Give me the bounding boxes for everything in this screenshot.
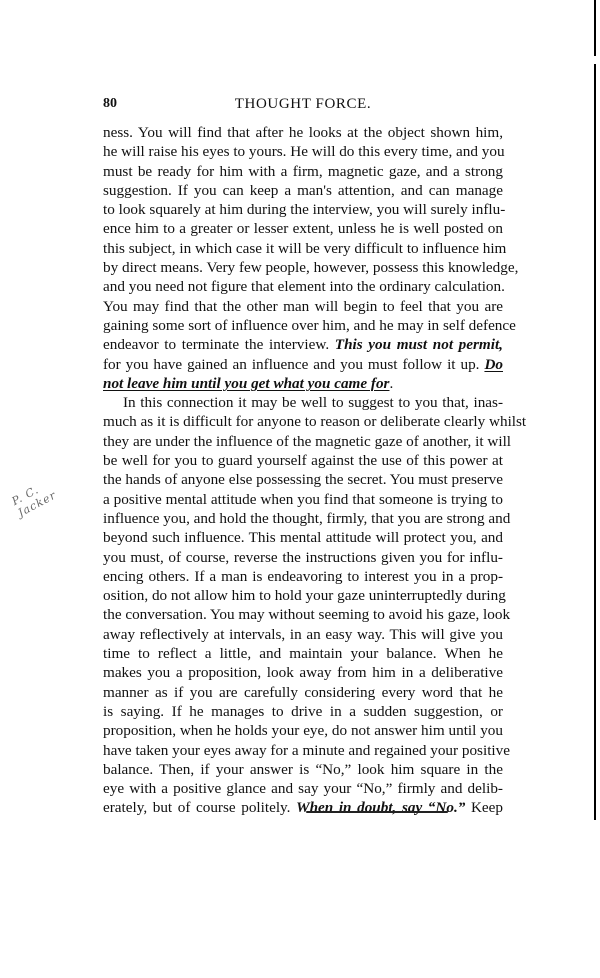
text-segment: beyond such influence. This mental attit…: [103, 529, 503, 546]
text-segment: to look squarely at him during the inter…: [103, 201, 505, 218]
text-segment: have taken your eyes away for a minute a…: [103, 742, 510, 759]
text-line: much as it is difficult for anyone to re…: [103, 412, 503, 431]
text-segment: by direct means. Very few people, howeve…: [103, 259, 518, 276]
text-line: beyond such influence. This mental attit…: [103, 528, 503, 547]
text-line: osition, do not allow him to hold your g…: [103, 586, 503, 605]
emphasized-text: This you must not permit,: [335, 336, 503, 353]
text-line: manner as if you are carefully consideri…: [103, 683, 503, 702]
text-line: be well for you to guard yourself agains…: [103, 451, 503, 470]
text-segment: the conversation. You may without seemin…: [103, 606, 510, 623]
text-segment: In this connection it may be well to sug…: [123, 394, 503, 411]
text-segment: Keep: [465, 799, 503, 816]
text-line: by direct means. Very few people, howeve…: [103, 258, 503, 277]
text-segment: endeavor to terminate the interview.: [103, 336, 335, 353]
body-text: ness. You will find that after he looks …: [103, 123, 503, 818]
text-line: the conversation. You may without seemin…: [103, 605, 503, 624]
text-segment: ence him to a greater or lesser extent, …: [103, 220, 503, 237]
text-segment: and you need not figure that element int…: [103, 278, 505, 295]
emphasized-text: not leave him until you get what you cam…: [103, 375, 389, 392]
text-line: they are under the influence of the magn…: [103, 432, 503, 451]
text-line: In this connection it may be well to sug…: [103, 393, 503, 412]
text-line: is saying. If he manages to drive in a s…: [103, 702, 503, 721]
text-segment: they are under the influence of the magn…: [103, 433, 511, 450]
text-segment: for you have gained an influence and you…: [103, 356, 484, 373]
text-segment: erately, but of course politely.: [103, 799, 296, 816]
handwritten-margin-note: P. C. Jacker: [10, 464, 89, 529]
text-line: time to reflect a little, and maintain y…: [103, 644, 503, 663]
page-edge-line: [594, 0, 596, 820]
text-line: a positive mental attitude when you find…: [103, 490, 503, 509]
text-segment: this subject, in which case it will be v…: [103, 240, 506, 257]
text-line: not leave him until you get what you cam…: [103, 374, 503, 393]
text-line: you must, of course, reverse the instruc…: [103, 548, 503, 567]
text-line: and you need not figure that element int…: [103, 277, 503, 296]
text-segment: osition, do not allow him to hold your g…: [103, 587, 506, 604]
text-segment: influence you, and hold the thought, fir…: [103, 510, 510, 527]
text-line: to look squarely at him during the inter…: [103, 200, 503, 219]
text-segment: away reflectively at intervals, in an ea…: [103, 626, 503, 643]
text-line: for you have gained an influence and you…: [103, 355, 503, 374]
text-segment: gaining some sort of influence over him,…: [103, 317, 516, 334]
page-edge-gap: [594, 56, 597, 64]
text-segment: must be ready for him with a firm, magne…: [103, 163, 503, 180]
text-segment: eye with a positive glance and say your …: [103, 780, 503, 797]
text-segment: manner as if you are carefully consideri…: [103, 684, 503, 701]
text-segment: a positive mental attitude when you find…: [103, 491, 503, 508]
text-segment: makes you a proposition, look away from …: [103, 664, 503, 681]
text-segment: the hands of anyone else possessing the …: [103, 471, 503, 488]
text-line: encing others. If a man is endeavoring t…: [103, 567, 503, 586]
text-segment: much as it is difficult for anyone to re…: [103, 413, 526, 430]
text-segment: you must, of course, reverse the instruc…: [103, 549, 503, 566]
text-line: balance. Then, if your answer is “No,” l…: [103, 760, 503, 779]
text-line: endeavor to terminate the interview. Thi…: [103, 335, 503, 354]
text-segment: he will raise his eyes to yours. He will…: [103, 143, 505, 160]
text-line: makes you a proposition, look away from …: [103, 663, 503, 682]
emphasized-text: When in doubt, say “No.”: [296, 799, 465, 816]
text-line: ness. You will find that after he looks …: [103, 123, 503, 142]
text-segment: suggestion. If you can keep a man's atte…: [103, 182, 503, 199]
text-line: have taken your eyes away for a minute a…: [103, 741, 503, 760]
text-line: suggestion. If you can keep a man's atte…: [103, 181, 503, 200]
page-header: 80 THOUGHT FORCE.: [103, 96, 503, 116]
text-segment: is saying. If he manages to drive in a s…: [103, 703, 503, 720]
text-segment: encing others. If a man is endeavoring t…: [103, 568, 503, 585]
text-line: influence you, and hold the thought, fir…: [103, 509, 503, 528]
text-segment: balance. Then, if your answer is “No,” l…: [103, 761, 503, 778]
running-title: THOUGHT FORCE.: [103, 96, 503, 113]
text-segment: time to reflect a little, and maintain y…: [103, 645, 503, 662]
text-segment: .: [389, 375, 393, 392]
pencil-underline: [306, 811, 448, 813]
text-line: away reflectively at intervals, in an ea…: [103, 625, 503, 644]
text-segment: be well for you to guard yourself agains…: [103, 452, 503, 469]
text-line: proposition, when he holds your eye, do …: [103, 721, 503, 740]
text-line: gaining some sort of influence over him,…: [103, 316, 503, 335]
text-segment: ness. You will find that after he looks …: [103, 124, 503, 141]
text-line: erately, but of course politely. When in…: [103, 798, 503, 817]
text-line: he will raise his eyes to yours. He will…: [103, 142, 503, 161]
emphasized-text: Do: [484, 356, 503, 373]
text-line: ence him to a greater or lesser extent, …: [103, 219, 503, 238]
text-segment: proposition, when he holds your eye, do …: [103, 722, 503, 739]
text-line: must be ready for him with a firm, magne…: [103, 162, 503, 181]
text-line: You may find that the other man will beg…: [103, 297, 503, 316]
text-line: this subject, in which case it will be v…: [103, 239, 503, 258]
text-segment: You may find that the other man will beg…: [103, 298, 503, 315]
text-line: the hands of anyone else possessing the …: [103, 470, 503, 489]
text-line: eye with a positive glance and say your …: [103, 779, 503, 798]
